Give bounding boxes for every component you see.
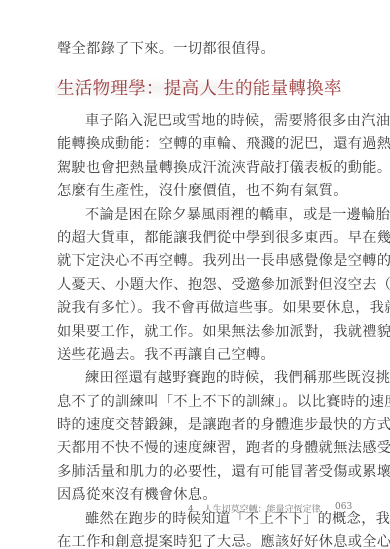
body-line: 怎麼有生產性，沒什麼價值，也不夠有氣質。 (57, 180, 339, 203)
running-footer: 4 人生切莫空轉：能量守恆定律 063 (188, 502, 321, 515)
body-line: 能轉換成動能：空轉的車輪、飛濺的泥巴，還有過熱的引擎。 (57, 133, 339, 156)
paragraph-3: 練田徑還有越野賽跑的時候，我們稱那些既沒挑戰性又休 息不了的訓練叫「不上不下的訓… (57, 367, 339, 507)
body-line: 車子陷入泥巴或雪地的時候，需要將很多由汽油而來的位 (57, 110, 339, 133)
body-line: 人憂天、小題大作、抱怨、受邀參加派對但沒空去（還跟人家 (57, 274, 339, 297)
body-line: 時的速度交替鍛鍊，是讓跑者的身體進步最快的方式。如果每 (57, 414, 339, 437)
body-line: 不論是困在除夕暴風雨裡的轎車，或是一邊輪胎卡進山溝 (57, 204, 339, 227)
section-heading: 生活物理學：提高人生的能量轉換率 (57, 78, 342, 100)
body-line: 說我有多忙）。我不會再做這些事。如果要休息，我就休息； (57, 297, 339, 320)
body-line: 聲全都錄了下來。一切都很值得。 (57, 38, 339, 61)
paragraph-2: 不論是困在除夕暴風雨裡的轎車，或是一邊輪胎卡進山溝 的超大貨車，都能讓我們從中學… (57, 204, 339, 368)
chapter-number: 4 (188, 505, 194, 515)
body-line: 在工作和創意提案時犯了大忌。應該好好休息或全心衝刺的時 (57, 531, 339, 549)
top-line-block: 聲全都錄了下來。一切都很值得。 (57, 38, 339, 61)
body-line: 練田徑還有越野賽跑的時候，我們稱那些既沒挑戰性又休 (57, 367, 339, 390)
body-line: 就下定決心不再空轉。我列出一長串感覺像是空轉的活動：杞 (57, 250, 339, 273)
paragraph-1: 車子陷入泥巴或雪地的時候，需要將很多由汽油而來的位 能轉換成動能：空轉的車輪、飛… (57, 110, 339, 204)
body-line: 如果要工作，就工作。如果無法參加派對，我就禮貌婉拒，再 (57, 321, 339, 344)
body-line: 息不了的訓練叫「不上不下的訓練」。以比賽時的速度和休息 (57, 391, 339, 414)
chapter-title: 人生切莫空轉：能量守恆定律 (204, 505, 321, 515)
body-line: 駕駛也會把熱量轉換成汗流浹背敲打儀表板的動能。結果並不 (57, 157, 339, 180)
body-line: 送些花過去。我不再讓自己空轉。 (57, 344, 339, 367)
body-line: 天都用不快不慢的速度練習，跑者的身體就無法感受到培養更 (57, 437, 339, 460)
body-text: 車子陷入泥巴或雪地的時候，需要將很多由汽油而來的位 能轉換成動能：空轉的車輪、飛… (57, 110, 339, 549)
body-line: 多肺活量和肌力的必要性，還有可能冒著受傷或累壞的風險， (57, 461, 339, 484)
page-number: 063 (335, 502, 352, 512)
body-line: 的超大貨車，都能讓我們從中學到很多東西。早在幾年前，我 (57, 227, 339, 250)
book-page: 聲全都錄了下來。一切都很值得。 生活物理學：提高人生的能量轉換率 車子陷入泥巴或… (0, 0, 390, 549)
